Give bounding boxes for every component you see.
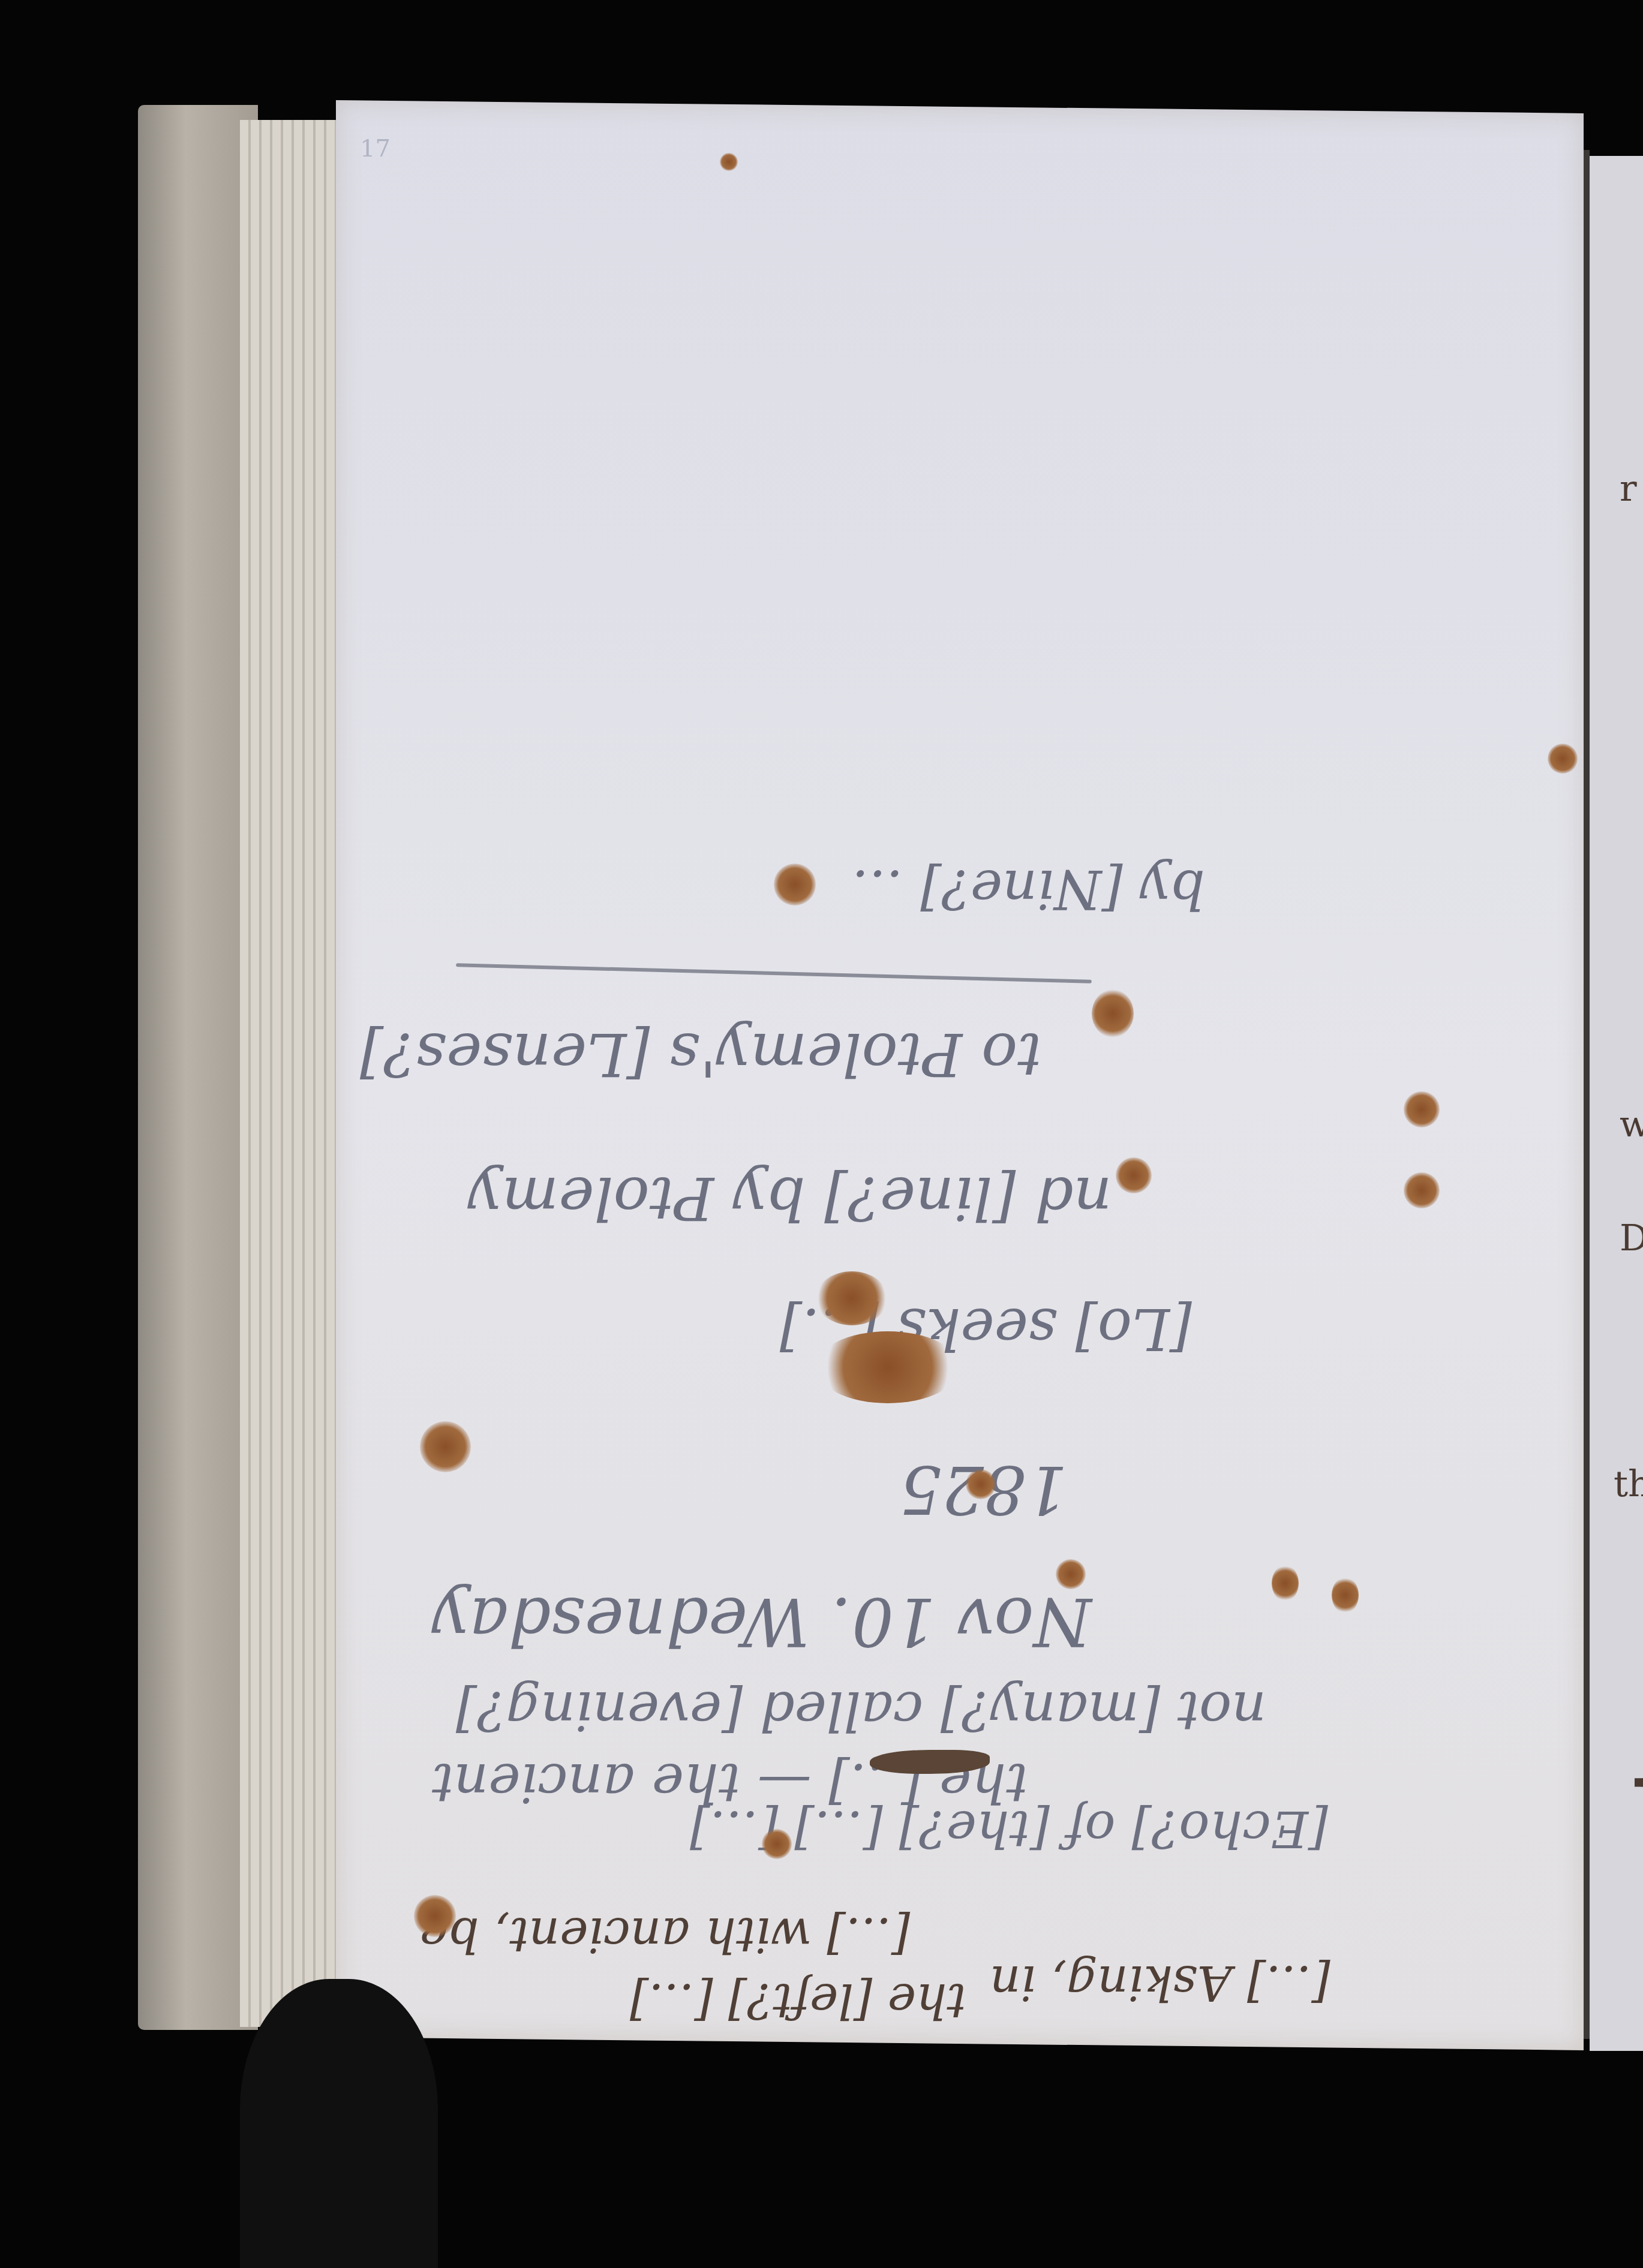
pencil-line-7: not [many?] called [evening?] <box>456 1679 1266 1742</box>
foxing-stain <box>774 864 816 906</box>
pencil-line-1: by [Nine?] ... <box>852 858 1205 921</box>
foxing-stain-large <box>816 1331 960 1403</box>
foxing-stain <box>1092 989 1134 1037</box>
curly-brace-mark: { <box>1614 1691 1643 1859</box>
ink-line-3: [...] Asking, in <box>990 1955 1330 2011</box>
foxing-stain-large <box>816 1271 888 1325</box>
foxing-stain <box>1404 1091 1440 1127</box>
facing-page-fragment: r <box>1620 468 1637 510</box>
pencil-line-date: Nov 10. Wednesday <box>432 1583 1092 1660</box>
foxing-stain <box>720 153 738 171</box>
foxing-stain <box>762 1829 792 1859</box>
foxing-stain <box>1548 744 1578 774</box>
binding-gutter <box>1584 150 1590 2039</box>
foxing-stain <box>1272 1565 1299 1601</box>
ink-blot <box>870 1750 990 1774</box>
foxing-stain <box>1116 1157 1152 1193</box>
foxing-stain <box>1332 1577 1359 1613</box>
pencil-line-2: to Ptolemy's [Lenses?] <box>360 1019 1041 1090</box>
foxing-stain <box>414 1895 456 1937</box>
foxing-stain <box>1404 1172 1440 1208</box>
facing-page-fragment: w <box>1620 1103 1643 1145</box>
facing-page-fragment: D <box>1620 1217 1643 1259</box>
thumb-holding-page <box>240 1979 438 2268</box>
foxing-stain <box>966 1469 996 1499</box>
foxing-stain <box>1056 1559 1086 1589</box>
pencil-line-3: nd [line?] by Ptolemy <box>468 1163 1112 1234</box>
page-edges-stack <box>240 120 342 2027</box>
foxing-stain <box>420 1421 471 1472</box>
ink-line-2: the [left?] [...] <box>630 1973 966 2029</box>
facing-page-fragment: th. <box>1614 1463 1643 1505</box>
ink-line-1: [...] with ancient, be <box>420 1907 910 1963</box>
page-number: 17 <box>360 135 391 163</box>
